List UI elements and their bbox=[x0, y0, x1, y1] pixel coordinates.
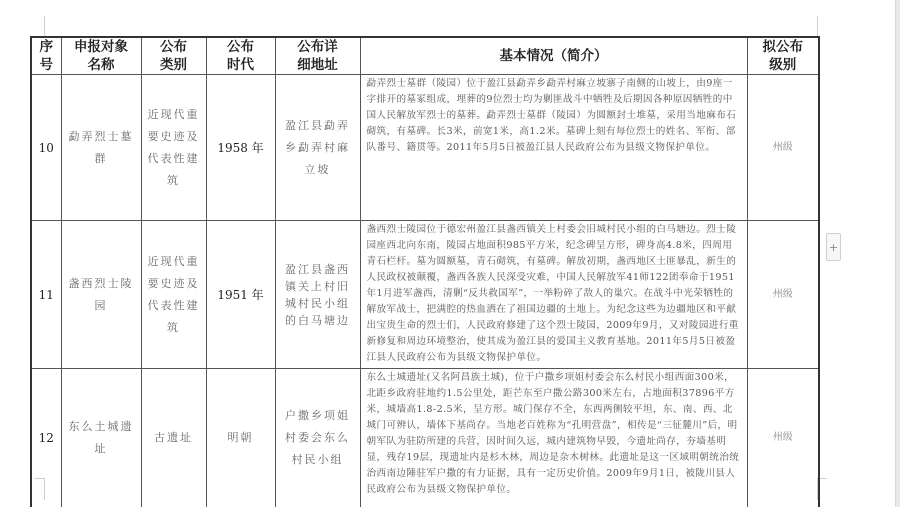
cell-name[interactable]: 东么土城遗址 bbox=[61, 369, 141, 507]
cell-category[interactable]: 近现代重要史迹及代表性建筑 bbox=[141, 221, 206, 369]
cell-name[interactable]: 盏西烈士陵园 bbox=[61, 221, 141, 369]
cell-index[interactable]: 12 bbox=[31, 369, 61, 507]
table-header-row: 序 号 申报对象 名称 公布 类别 公布 时代 公布详 细地址 基本情况（简介） bbox=[31, 37, 819, 75]
header-address: 公布详 细地址 bbox=[275, 37, 360, 75]
cell-level[interactable]: 州级 bbox=[747, 221, 819, 369]
cell-era[interactable]: 1951 年 bbox=[206, 221, 275, 369]
header-name: 申报对象 名称 bbox=[61, 37, 141, 75]
cell-description[interactable]: 东么土城遗址(又名阿昌族土城)，位于户撒乡项姐村委会东么村民小组西面300米，北… bbox=[360, 369, 747, 507]
cell-category[interactable]: 近现代重要史迹及代表性建筑 bbox=[141, 75, 206, 221]
table-row: 10 勐弄烈士墓群 近现代重要史迹及代表性建筑 1958 年 盈江县勐弄乡勐弄村… bbox=[31, 75, 819, 221]
cell-description[interactable]: 勐弄烈士墓群（陵园）位于盈江县勐弄乡勐弄村麻立坡寨子南侧的山坡上，由9座一字排开… bbox=[360, 75, 747, 221]
cell-category[interactable]: 古遗址 bbox=[141, 369, 206, 507]
cell-address[interactable]: 户撒乡项姐村委会东么村民小组 bbox=[275, 369, 360, 507]
cell-level[interactable]: 州级 bbox=[747, 369, 819, 507]
header-description: 基本情况（简介） bbox=[360, 37, 747, 75]
add-row-button[interactable]: + bbox=[826, 233, 841, 261]
cell-index[interactable]: 11 bbox=[31, 221, 61, 369]
table-row: 11 盏西烈士陵园 近现代重要史迹及代表性建筑 1951 年 盈江县盏西镇关上村… bbox=[31, 221, 819, 369]
header-era: 公布 时代 bbox=[206, 37, 275, 75]
table-row: 12 东么土城遗址 古遗址 明朝 户撒乡项姐村委会东么村民小组 东么土城遗址(又… bbox=[31, 369, 819, 507]
cell-era[interactable]: 明朝 bbox=[206, 369, 275, 507]
header-level: 拟公布 级别 bbox=[747, 37, 819, 75]
cell-name[interactable]: 勐弄烈士墓群 bbox=[61, 75, 141, 221]
crop-mark-top-right bbox=[817, 16, 818, 36]
cell-address[interactable]: 盈江县盏西镇关上村旧城村民小组的白马塘边 bbox=[275, 221, 360, 369]
header-category: 公布 类别 bbox=[141, 37, 206, 75]
cell-level[interactable]: 州级 bbox=[747, 75, 819, 221]
cell-index[interactable]: 10 bbox=[31, 75, 61, 221]
header-index: 序 号 bbox=[31, 37, 61, 75]
vertical-scrollbar[interactable] bbox=[895, 0, 900, 507]
crop-mark-top-left bbox=[44, 16, 45, 36]
cell-era[interactable]: 1958 年 bbox=[206, 75, 275, 221]
cell-description[interactable]: 盏西烈士陵园位于德宏州盈江县盏西镇关上村委会旧城村民小组的白马塘边。烈士陵园座西… bbox=[360, 221, 747, 369]
cell-address[interactable]: 盈江县勐弄乡勐弄村麻立坡 bbox=[275, 75, 360, 221]
plus-icon: + bbox=[829, 241, 838, 254]
heritage-table: 序 号 申报对象 名称 公布 类别 公布 时代 公布详 细地址 基本情况（简介） bbox=[30, 36, 820, 507]
